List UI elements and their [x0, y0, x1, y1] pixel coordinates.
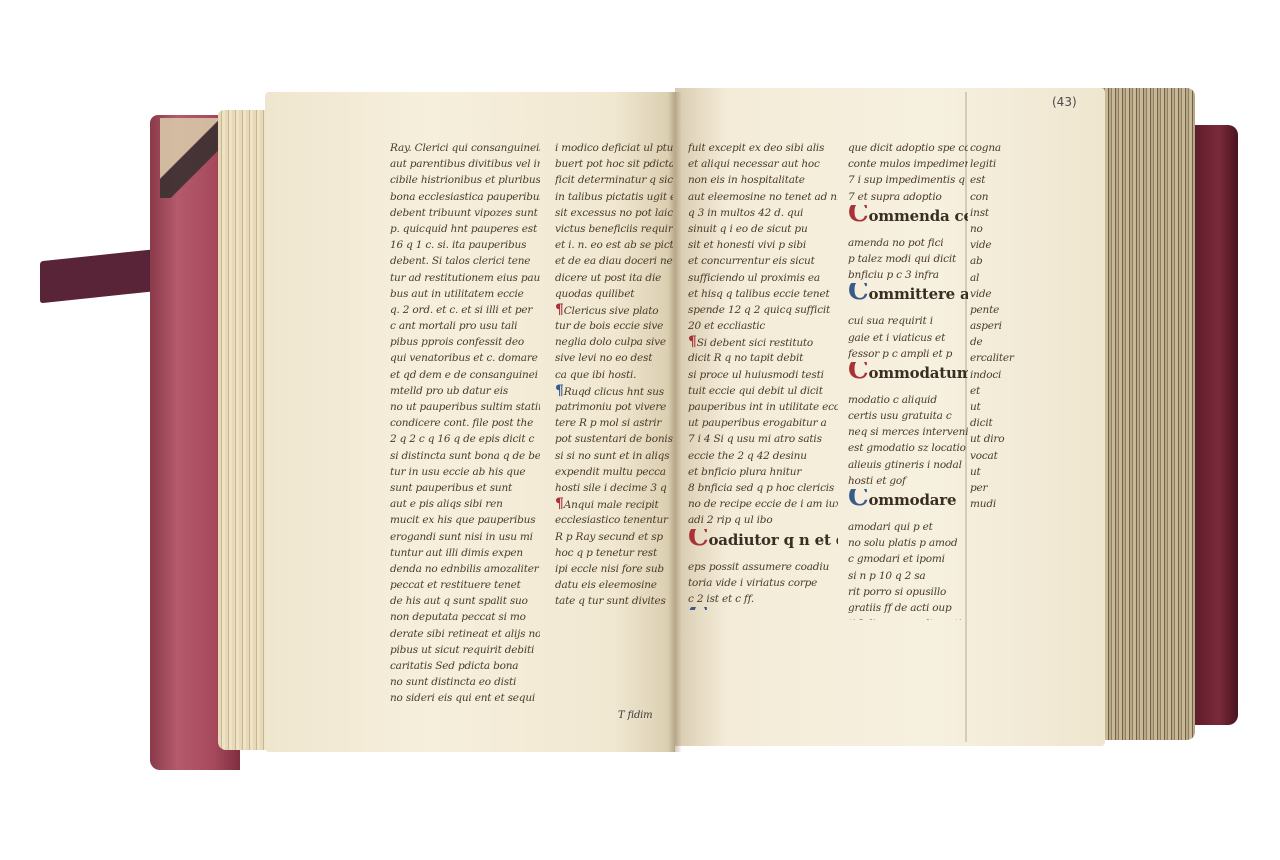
- right-leather-cover: [1190, 125, 1238, 725]
- manuscript-line: ipi eccle nisi fore sub: [555, 561, 673, 577]
- manuscript-line: dicit: [970, 415, 1020, 431]
- manuscript-line: si n p 10 q 2 sa: [848, 568, 968, 584]
- manuscript-line: victus beneficiis require: [555, 221, 673, 237]
- bookmark-ribbon: [40, 249, 160, 304]
- manuscript-line: tere R p mol si astrir: [555, 415, 673, 431]
- manuscript-line: Committere al: [848, 283, 968, 313]
- manuscript-line: expendit multu pecca: [555, 464, 673, 480]
- manuscript-line: aut e pis aliqs sibi ren: [390, 496, 540, 512]
- left-page-column-a: Ray. Clerici qui consanguineisaut parent…: [390, 140, 540, 720]
- manuscript-line: ut: [970, 399, 1020, 415]
- manuscript-line: si distincta sunt bona q de be: [390, 448, 540, 464]
- manuscript-line: no solu platis p amod: [848, 535, 968, 551]
- manuscript-line: c gmodari et ipomi: [848, 551, 968, 567]
- manuscript-line: et porrecte qui recipit: [555, 609, 673, 610]
- manuscript-line: toria vide i viriatus corpe: [688, 575, 838, 591]
- manuscript-line: p. quicquid hnt pauperes est: [390, 221, 540, 237]
- manuscript-line: et hisq q talibus eccie tenet: [688, 286, 838, 302]
- manuscript-line: no sunt distincta eo disti: [390, 674, 540, 690]
- catchword: T fidim: [618, 708, 652, 724]
- manuscript-line: que dicit adoptio spe cogna: [848, 140, 968, 156]
- manuscript-line: al: [970, 270, 1020, 286]
- manuscript-line: legiti: [970, 156, 1020, 172]
- manuscript-line: ficit determinatur q sicut: [555, 172, 673, 188]
- manuscript-line: pot sustentari de bonis: [555, 431, 673, 447]
- manuscript-line: peccat et restituere tenet: [390, 577, 540, 593]
- manuscript-line: hosti et gof: [848, 473, 968, 489]
- manuscript-line: de his aut q sunt spalit suo: [390, 593, 540, 609]
- manuscript-line: qui venatoribus et c. domare: [390, 350, 540, 366]
- manuscript-line: 7 i 4 Si q usu mi atro satis: [688, 431, 838, 447]
- manuscript-line: certis usu gratuita c: [848, 408, 968, 424]
- right-page-margin-notes: cognalegitiestconinstnovideabalvidepente…: [970, 140, 1020, 620]
- manuscript-line: cogna: [970, 140, 1020, 156]
- manuscript-line: ti Iuliana pamplt posti: [848, 616, 968, 620]
- manuscript-line: sive levi no eo dest: [555, 350, 673, 366]
- manuscript-line: est: [970, 172, 1020, 188]
- manuscript-line: p talez modi qui dicit: [848, 251, 968, 267]
- manuscript-line: fessor p c ampli et p: [848, 346, 968, 362]
- manuscript-line: per: [970, 480, 1020, 496]
- manuscript-line: et: [970, 383, 1020, 399]
- manuscript-line: Commenda cet: [848, 205, 968, 235]
- manuscript-line: pibus ut sicut requirit debiti: [390, 642, 540, 658]
- manuscript-line: hosti sile i decime 3 q: [555, 480, 673, 496]
- manuscript-line: patrimoniu pot vivere: [555, 399, 673, 415]
- manuscript-line: ercaliter: [970, 350, 1020, 366]
- rubric-initial: C: [848, 362, 869, 385]
- rubric-initial: C: [848, 283, 869, 306]
- manuscript-line: non deputata peccat si mo: [390, 609, 540, 625]
- rubric-initial: C: [688, 529, 709, 552]
- manuscript-line: cibile histrionibus et pluribus: [390, 172, 540, 188]
- manuscript-line: gratiis ff de acti oup: [848, 600, 968, 616]
- manuscript-line: ¶Anqui male recipit: [555, 496, 673, 512]
- manuscript-line: et de ea diau doceri necessi: [555, 253, 673, 269]
- manuscript-line: pauperibus int in utilitate eccie: [688, 399, 838, 415]
- manuscript-line: fuit excepit ex deo sibi alis: [688, 140, 838, 156]
- manuscript-line: 2 q 2 c q 16 q de epis dicit c: [390, 431, 540, 447]
- manuscript-line: est gmodatio sz locatio: [848, 440, 968, 456]
- manuscript-line: pente: [970, 302, 1020, 318]
- manuscript-line: Coadiutor q n et quo: [688, 529, 838, 559]
- paragraph-mark: ¶: [555, 383, 564, 399]
- manuscript-line: q. 2 ord. et c. et si illi et per: [390, 302, 540, 318]
- manuscript-line: spende 12 q 2 quicq sufficit: [688, 302, 838, 318]
- rubric-initial: C: [848, 205, 869, 228]
- manuscript-line: quodas quilibet: [555, 286, 673, 302]
- manuscript-line: ut: [970, 464, 1020, 480]
- manuscript-line: no sideri eis qui ent et sequi: [390, 690, 540, 706]
- manuscript-line: q 3 in multos 42 d. qui: [688, 205, 838, 221]
- manuscript-line: et concurrentur eis sicut: [688, 253, 838, 269]
- manuscript-line: gaie et i viaticus et: [848, 330, 968, 346]
- manuscript-line: datu eis eleemosine: [555, 577, 673, 593]
- manuscript-line: amenda no pot fici: [848, 235, 968, 251]
- manuscript-line: vide: [970, 286, 1020, 302]
- manuscript-line: rit porro si opusillo: [848, 584, 968, 600]
- manuscript-line: erogandi sunt nisi in usu mi: [390, 529, 540, 545]
- manuscript-line: bnficiu p c 3 infra: [848, 267, 968, 283]
- rubric-initial: C: [848, 489, 869, 512]
- manuscript-line: et bnficio plura hnitur: [688, 464, 838, 480]
- manuscript-line: tur in usu eccie ab his que: [390, 464, 540, 480]
- paragraph-mark: ¶: [555, 302, 564, 318]
- manuscript-line: Commodare: [848, 489, 968, 519]
- manuscript-line: ¶Ruqd clicus hnt sus: [555, 383, 673, 399]
- manuscript-line: si si no sunt et in aliqs: [555, 448, 673, 464]
- manuscript-line: de: [970, 334, 1020, 350]
- manuscript-line: ut diro: [970, 431, 1020, 447]
- manuscript-line: amodari qui p et: [848, 519, 968, 535]
- manuscript-line: mudi: [970, 496, 1020, 512]
- right-page-column-b: que dicit adoptio spe cognaconte mulos i…: [848, 140, 968, 620]
- manuscript-line: eccie the 2 q 42 desinu: [688, 448, 838, 464]
- manuscript-line: inst: [970, 205, 1020, 221]
- left-page-column-b: i modico deficiat ul ptubuert pot hoc si…: [555, 140, 673, 610]
- manuscript-line: tuit eccie qui debit ul dicit: [688, 383, 838, 399]
- manuscript-line: bona ecclesiastica pauperibus: [390, 189, 540, 205]
- manuscript-line: c ant mortali pro usu tali: [390, 318, 540, 334]
- right-page-column-a: fuit excepit ex deo sibi aliset aliqui n…: [688, 140, 838, 610]
- manuscript-line: tate q tur sunt divites: [555, 593, 673, 609]
- manuscript-line: mucit ex his que pauperibus: [390, 512, 540, 528]
- manuscript-line: Cognatio trip c quedi: [688, 607, 838, 610]
- manuscript-line: 16 q 1 c. si. ita pauperibus: [390, 237, 540, 253]
- manuscript-line: ab: [970, 253, 1020, 269]
- manuscript-line: no ut pauperibus sultim statim: [390, 399, 540, 415]
- manuscript-line: dicit R q no tapit debit: [688, 350, 838, 366]
- manuscript-line: si proce ul huiusmodi testi: [688, 367, 838, 383]
- manuscript-line: 7 et supra adoptio: [848, 189, 968, 205]
- manuscript-line: 8 bnficia sed q p hoc clericis: [688, 480, 838, 496]
- manuscript-line: ca que ibi hosti.: [555, 367, 673, 383]
- manuscript-line: dicere ut post ita die: [555, 270, 673, 286]
- manuscript-line: adi 2 rip q ul ibo: [688, 512, 838, 528]
- manuscript-line: tur de bois eccie sive: [555, 318, 673, 334]
- manuscript-line: ut pauperibus erogabitur a: [688, 415, 838, 431]
- manuscript-line: no de recipe eccie de i am iux: [688, 496, 838, 512]
- manuscript-line: et i. n. eo est ab se pictas: [555, 237, 673, 253]
- manuscript-line: tuntur aut illi dimis expen: [390, 545, 540, 561]
- manuscript-line: non eis in hospitalitate: [688, 172, 838, 188]
- manuscript-line: vide: [970, 237, 1020, 253]
- manuscript-line: vocat: [970, 448, 1020, 464]
- manuscript-line: debent tribuunt vipozes sunt: [390, 205, 540, 221]
- manuscript-line: condicere cont. file post the: [390, 415, 540, 431]
- manuscript-line: mtelld pro ub datur eis: [390, 383, 540, 399]
- manuscript-line: et aliqui necessar aut hoc: [688, 156, 838, 172]
- manuscript-line: indoci: [970, 367, 1020, 383]
- manuscript-line: sunt pauperibus et sunt: [390, 480, 540, 496]
- manuscript-line: hoc q p tenetur rest: [555, 545, 673, 561]
- manuscript-line: tur ad restitutionem eius pauperi: [390, 270, 540, 286]
- manuscript-line: derate sibi retineat et alijs no: [390, 626, 540, 642]
- manuscript-line: denda no ednbilis amozaliter: [390, 561, 540, 577]
- manuscript-line: 7 i sup impedimentis q 6: [848, 172, 968, 188]
- manuscript-line: Ray. Clerici qui consanguineis: [390, 140, 540, 156]
- manuscript-line: aut parentibus divitibus vel in: [390, 156, 540, 172]
- manuscript-line: asperi: [970, 318, 1020, 334]
- manuscript-line: alieuis gtineris i nodal: [848, 457, 968, 473]
- manuscript-line: cui sua requirit i: [848, 313, 968, 329]
- manuscript-line: sit excessus no pot laici: [555, 205, 673, 221]
- manuscript-line: eps possit assumere coadiu: [688, 559, 838, 575]
- manuscript-line: ¶Si debent sici restituto: [688, 334, 838, 350]
- manuscript-line: i modico deficiat ul ptu: [555, 140, 673, 156]
- manuscript-line: aut eleemosine no tenet ad n.: [688, 189, 838, 205]
- manuscript-line: neq si merces intervenit: [848, 424, 968, 440]
- manuscript-line: caritatis Sed pdicta bona: [390, 658, 540, 674]
- paragraph-mark: ¶: [555, 496, 564, 512]
- manuscript-line: modatio c aliquid: [848, 392, 968, 408]
- manuscript-line: R p Ray secund et sp: [555, 529, 673, 545]
- folio-number: (43): [1052, 95, 1077, 109]
- manuscript-line: pibus pprois confessit deo: [390, 334, 540, 350]
- manuscript-line: conte mulos impedimenti: [848, 156, 968, 172]
- manuscript-line: debent. Si talos clerici tene: [390, 253, 540, 269]
- manuscript-line: buert pot hoc sit pdicta: [555, 156, 673, 172]
- right-page-edges: [1095, 88, 1195, 740]
- manuscript-line: sufficiendo ul proximis ea: [688, 270, 838, 286]
- manuscript-line: sinuit q i eo de sicut pu: [688, 221, 838, 237]
- paragraph-mark: ¶: [688, 334, 697, 350]
- manuscript-line: in talibus pictatis ugit est: [555, 189, 673, 205]
- manuscript-line: et qd dem e de consanguinei: [390, 367, 540, 383]
- manuscript-line: sit et honesti vivi p sibi: [688, 237, 838, 253]
- manuscript-line: con: [970, 189, 1020, 205]
- manuscript-line: ¶Clericus sive plato: [555, 302, 673, 318]
- manuscript-line: Commodatum: [848, 362, 968, 392]
- manuscript-line: c 2 ist et c ff.: [688, 591, 838, 607]
- manuscript-line: 20 et eccliastic: [688, 318, 838, 334]
- manuscript-line: neglia dolo culpa sive: [555, 334, 673, 350]
- manuscript-line: bus aut in utilitatem eccie: [390, 286, 540, 302]
- manuscript-line: no: [970, 221, 1020, 237]
- rubric-initial: C: [688, 607, 709, 610]
- manuscript-line: ecclesiastico tenentur: [555, 512, 673, 528]
